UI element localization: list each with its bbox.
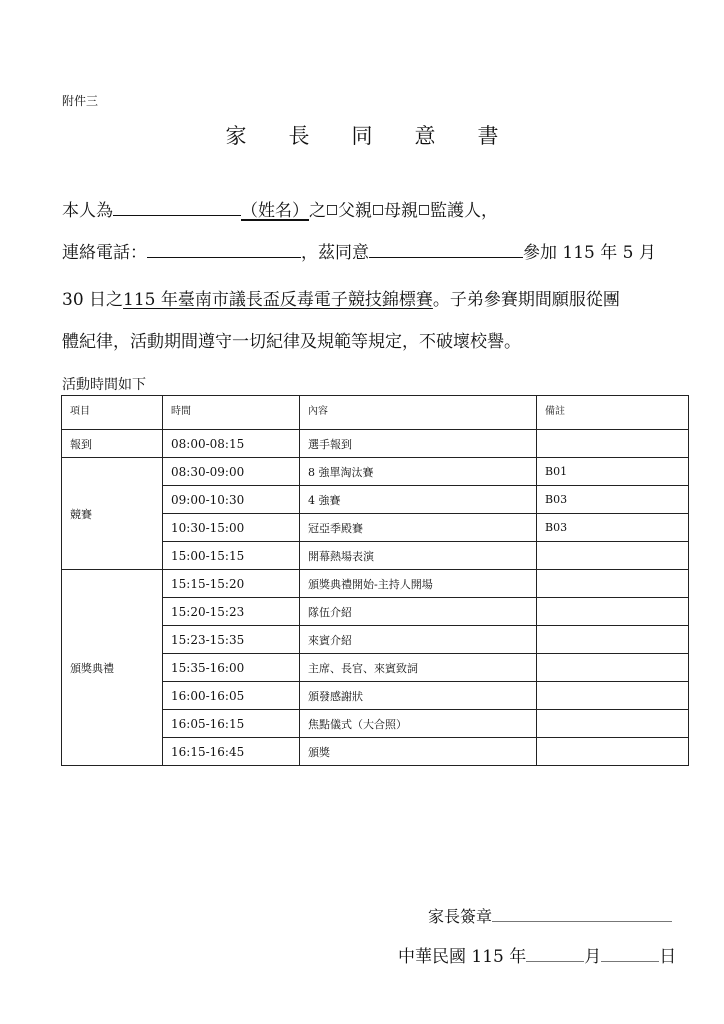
note-cell: [537, 570, 689, 598]
note-cell: [537, 710, 689, 738]
phone-line: 連絡電話：，茲同意參加 115 年 5 月: [62, 238, 656, 263]
item-cell: 報到: [62, 430, 163, 458]
title-char: 同: [352, 120, 373, 150]
content-cell: 冠亞季殿賽: [300, 514, 537, 542]
header-item: 項目: [62, 396, 163, 430]
time-cell: 15:15-15:20: [163, 570, 300, 598]
time-cell: 15:20-15:23: [163, 598, 300, 626]
note-cell: [537, 654, 689, 682]
note-cell: [537, 598, 689, 626]
signature-line: 家長簽章: [428, 904, 672, 927]
header-note: 備註: [537, 396, 689, 430]
time-cell: 15:00-15:15: [163, 542, 300, 570]
content-cell: 8 強單淘汰賽: [300, 458, 537, 486]
content-cell: 焦點儀式（大合照）: [300, 710, 537, 738]
date-line: 中華民國 115 年月日: [398, 942, 676, 967]
signature-label: 家長簽章: [428, 907, 492, 926]
join-text: 參加 115 年 5 月: [523, 243, 656, 263]
note-cell: B03: [537, 486, 689, 514]
note-cell: [537, 682, 689, 710]
month-field[interactable]: [526, 947, 584, 962]
content-cell: 主席、長官、來賓致詞: [300, 654, 537, 682]
header-content: 內容: [300, 396, 537, 430]
table-header-row: 項目 時間 內容 備註: [62, 396, 689, 430]
day-label: 日: [659, 947, 676, 967]
content-cell: 隊伍介紹: [300, 598, 537, 626]
note-cell: [537, 542, 689, 570]
title-char: 書: [478, 120, 499, 150]
table-row: 報到 08:00-08:15 選手報到: [62, 430, 689, 458]
time-cell: 08:30-09:00: [163, 458, 300, 486]
father-label: 父親: [338, 201, 372, 221]
time-cell: 16:15-16:45: [163, 738, 300, 766]
relation-prefix: 之: [309, 201, 326, 221]
time-cell: 10:30-15:00: [163, 514, 300, 542]
table-row: 競賽 08:30-09:00 8 強單淘汰賽 B01: [62, 458, 689, 486]
name-hint: （姓名）: [241, 201, 309, 221]
item-cell: 競賽: [62, 458, 163, 570]
date-prefix: 中華民國 115 年: [398, 947, 526, 967]
title-char: 意: [415, 120, 436, 150]
guardian-prefix: 本人為: [62, 201, 113, 221]
event-line: 30 日之115 年臺南市議長盃反毒電子競技錦標賽。子弟參賽期間願服從團: [62, 285, 620, 310]
note-cell: B01: [537, 458, 689, 486]
header-time: 時間: [163, 396, 300, 430]
day-field[interactable]: [601, 947, 659, 962]
phone-label: 連絡電話：: [62, 243, 147, 263]
item-cell: 頒獎典禮: [62, 570, 163, 766]
guardian-line: 本人為（姓名）之父親母親監護人，: [62, 196, 498, 221]
attachment-label: 附件三: [62, 92, 98, 109]
student-name-field[interactable]: [369, 242, 523, 258]
event-date: 30 日之: [62, 290, 123, 310]
time-cell: 15:35-16:00: [163, 654, 300, 682]
schedule-table: 項目 時間 內容 備註 報到 08:00-08:15 選手報到 競賽 08:30…: [61, 395, 689, 766]
title-char: 長: [289, 120, 310, 150]
time-cell: 16:05-16:15: [163, 710, 300, 738]
time-cell: 15:23-15:35: [163, 626, 300, 654]
time-cell: 16:00-16:05: [163, 682, 300, 710]
time-cell: 08:00-08:15: [163, 430, 300, 458]
content-cell: 頒獎典禮開始-主持人開場: [300, 570, 537, 598]
guardian-checkbox[interactable]: [419, 205, 429, 215]
title-char: 家: [226, 120, 247, 150]
content-cell: 頒獎: [300, 738, 537, 766]
name-field[interactable]: [113, 200, 241, 216]
phone-field[interactable]: [147, 242, 301, 258]
signature-field[interactable]: [492, 907, 672, 922]
guardian-label: 監護人: [430, 201, 481, 221]
document-title: 家長同意書: [0, 120, 724, 150]
event-rest: 。子弟參賽期間願服從團: [433, 290, 620, 310]
mother-label: 母親: [384, 201, 418, 221]
note-cell: B03: [537, 514, 689, 542]
comma: ，: [481, 201, 498, 221]
note-cell: [537, 430, 689, 458]
discipline-line: 體紀律，活動期間遵守一切紀律及規範等規定，不破壞校譽。: [62, 327, 521, 352]
note-cell: [537, 738, 689, 766]
time-cell: 09:00-10:30: [163, 486, 300, 514]
father-checkbox[interactable]: [327, 205, 337, 215]
content-cell: 選手報到: [300, 430, 537, 458]
schedule-label: 活動時間如下: [62, 374, 146, 394]
consent-text: ，茲同意: [301, 243, 369, 263]
content-cell: 開幕熱場表演: [300, 542, 537, 570]
event-name: 115 年臺南市議長盃反毒電子競技錦標賽: [123, 290, 433, 310]
content-cell: 頒發感謝狀: [300, 682, 537, 710]
mother-checkbox[interactable]: [373, 205, 383, 215]
content-cell: 4 強賽: [300, 486, 537, 514]
month-label: 月: [584, 947, 601, 967]
note-cell: [537, 626, 689, 654]
table-row: 頒獎典禮 15:15-15:20 頒獎典禮開始-主持人開場: [62, 570, 689, 598]
content-cell: 來賓介紹: [300, 626, 537, 654]
